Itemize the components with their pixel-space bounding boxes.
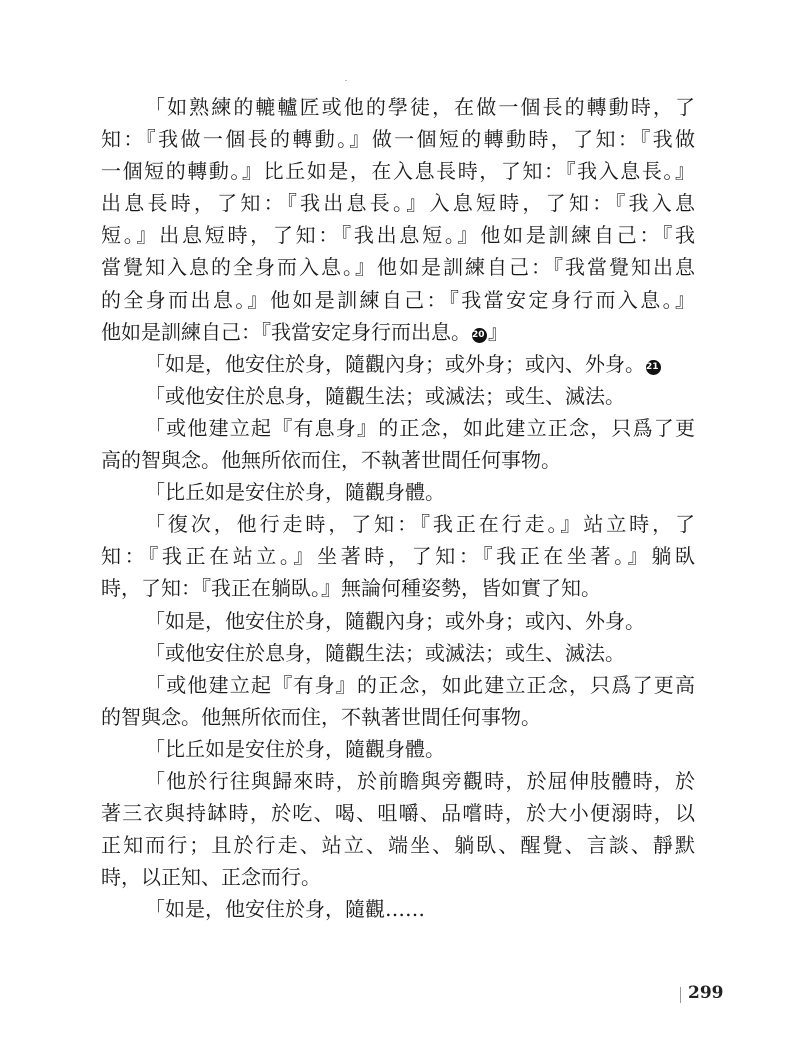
text-line: 一個短的轉動。』比丘如是，在入息長時，了知：『我入息長。』: [101, 155, 695, 187]
line-text: 著三衣與持缽時，於吃、喝、咀嚼、品嚐時，於大小便溺時，以: [101, 801, 695, 825]
text-line: 「或他安住於息身，隨觀生法；或滅法；或生、滅法。: [101, 380, 695, 412]
text-line: 高的智與念。他無所依而住，不執著世間任何事物。: [101, 444, 695, 476]
text-line: 時，以正知、正念而行。: [101, 861, 695, 893]
footnote-marker[interactable]: 21: [646, 360, 661, 375]
text-line: 「比丘如是安住於身，隨觀身體。: [101, 733, 695, 765]
text-line: 「比丘如是安住於身，隨觀身體。: [101, 476, 695, 508]
line-text: 「他於行往與歸來時，於前瞻與旁觀時，於屈伸肢體時，於: [145, 769, 695, 793]
text-line: 著三衣與持缽時，於吃、喝、咀嚼、品嚐時，於大小便溺時，以: [101, 797, 695, 829]
body-text: 「如熟練的轆轤匠或他的學徒，在做一個長的轉動時，了知：『我做一個長的轉動。』做一…: [101, 91, 695, 925]
book-page: 「如熟練的轆轤匠或他的學徒，在做一個長的轉動時，了知：『我做一個長的轉動。』做一…: [0, 0, 792, 1056]
footnote-marker[interactable]: 20: [472, 328, 487, 343]
text-line: 「他於行往與歸來時，於前瞻與旁觀時，於屈伸肢體時，於: [101, 765, 695, 797]
text-line: 短。』出息短時，了知：『我出息短。』他如是訓練自己：『我: [101, 219, 695, 251]
text-line: 的智與念。他無所依而住，不執著世間任何事物。: [101, 701, 695, 733]
line-text: 他如是訓練自己：『我當安定身行而出息。: [101, 320, 471, 344]
text-line: 「或他安住於息身，隨觀生法；或滅法；或生、滅法。: [101, 637, 695, 669]
scan-speck: [345, 80, 347, 81]
line-text: 「或他安住於息身，隨觀生法；或滅法；或生、滅法。: [145, 384, 625, 408]
line-text: 知：『我正在站立。』坐著時，了知：『我正在坐著。』躺臥: [101, 544, 695, 568]
line-text: 「或他建立起『有身』的正念，如此建立正念，只爲了更高: [145, 673, 695, 697]
text-line: 出息長時，了知：『我出息長。』入息短時，了知：『我入息: [101, 187, 695, 219]
line-text: 「比丘如是安住於身，隨觀身體。: [145, 480, 445, 504]
page-number: 299: [688, 983, 724, 1003]
text-line: 當覺知入息的全身而入息。』他如是訓練自己：『我當覺知出息: [101, 251, 695, 283]
text-line: 「或他建立起『有息身』的正念，如此建立正念，只爲了更: [101, 412, 695, 444]
line-text: 高的智與念。他無所依而住，不執著世間任何事物。: [101, 448, 561, 472]
text-line: 「如是，他安住於身，隨觀……: [101, 893, 695, 925]
line-text: 「復次，他行走時，了知：『我正在行走。』站立時，了: [145, 512, 695, 536]
line-text: 短。』出息短時，了知：『我出息短。』他如是訓練自己：『我: [101, 223, 695, 247]
text-line: 「如是，他安住於身，隨觀內身；或外身；或內、外身。: [101, 605, 695, 637]
text-line: 正知而行；且於行走、站立、端坐、躺臥、醒覺、言談、靜默: [101, 829, 695, 861]
line-text: 「如是，他安住於身，隨觀內身；或外身；或內、外身。: [145, 609, 645, 633]
line-text: 的全身而出息。』他如是訓練自己：『我當安定身行而入息。』: [101, 288, 695, 312]
line-text: 時，了知：『我正在躺臥。』無論何種姿勢，皆如實了知。: [101, 576, 601, 600]
line-text: 一個短的轉動。』比丘如是，在入息長時，了知：『我入息長。』: [101, 159, 695, 183]
line-text: 出息長時，了知：『我出息長。』入息短時，了知：『我入息: [101, 191, 695, 215]
text-line: 他如是訓練自己：『我當安定身行而出息。20』: [101, 316, 695, 348]
text-line: 「復次，他行走時，了知：『我正在行走。』站立時，了: [101, 508, 695, 540]
line-text: 的智與念。他無所依而住，不執著世間任何事物。: [101, 705, 541, 729]
text-line: 「如熟練的轆轤匠或他的學徒，在做一個長的轉動時，了: [101, 91, 695, 123]
text-line: 知：『我做一個長的轉動。』做一個短的轉動時，了知：『我做: [101, 123, 695, 155]
text-line: 的全身而出息。』他如是訓練自己：『我當安定身行而入息。』: [101, 284, 695, 316]
closing-quote: 』: [488, 320, 508, 344]
line-text: 「如熟練的轆轤匠或他的學徒，在做一個長的轉動時，了: [145, 95, 695, 119]
text-line: 知：『我正在站立。』坐著時，了知：『我正在坐著。』躺臥: [101, 540, 695, 572]
line-text: 「如是，他安住於身，隨觀……: [145, 897, 425, 921]
line-text: 時，以正知、正念而行。: [101, 865, 321, 889]
line-text: 「或他安住於息身，隨觀生法；或滅法；或生、滅法。: [145, 641, 625, 665]
line-text: 正知而行；且於行走、站立、端坐、躺臥、醒覺、言談、靜默: [101, 833, 695, 857]
line-text: 「比丘如是安住於身，隨觀身體。: [145, 737, 445, 761]
line-text: 「如是，他安住於身，隨觀內身；或外身；或內、外身。: [145, 352, 645, 376]
text-line: 「如是，他安住於身，隨觀內身；或外身；或內、外身。21: [101, 348, 695, 380]
line-text: 「或他建立起『有息身』的正念，如此建立正念，只爲了更: [145, 416, 695, 440]
line-text: 當覺知入息的全身而入息。』他如是訓練自己：『我當覺知出息: [101, 255, 695, 279]
line-text: 知：『我做一個長的轉動。』做一個短的轉動時，了知：『我做: [101, 127, 695, 151]
text-line: 「或他建立起『有身』的正念，如此建立正念，只爲了更高: [101, 669, 695, 701]
folio-rule: [680, 987, 681, 1003]
text-line: 時，了知：『我正在躺臥。』無論何種姿勢，皆如實了知。: [101, 572, 695, 604]
